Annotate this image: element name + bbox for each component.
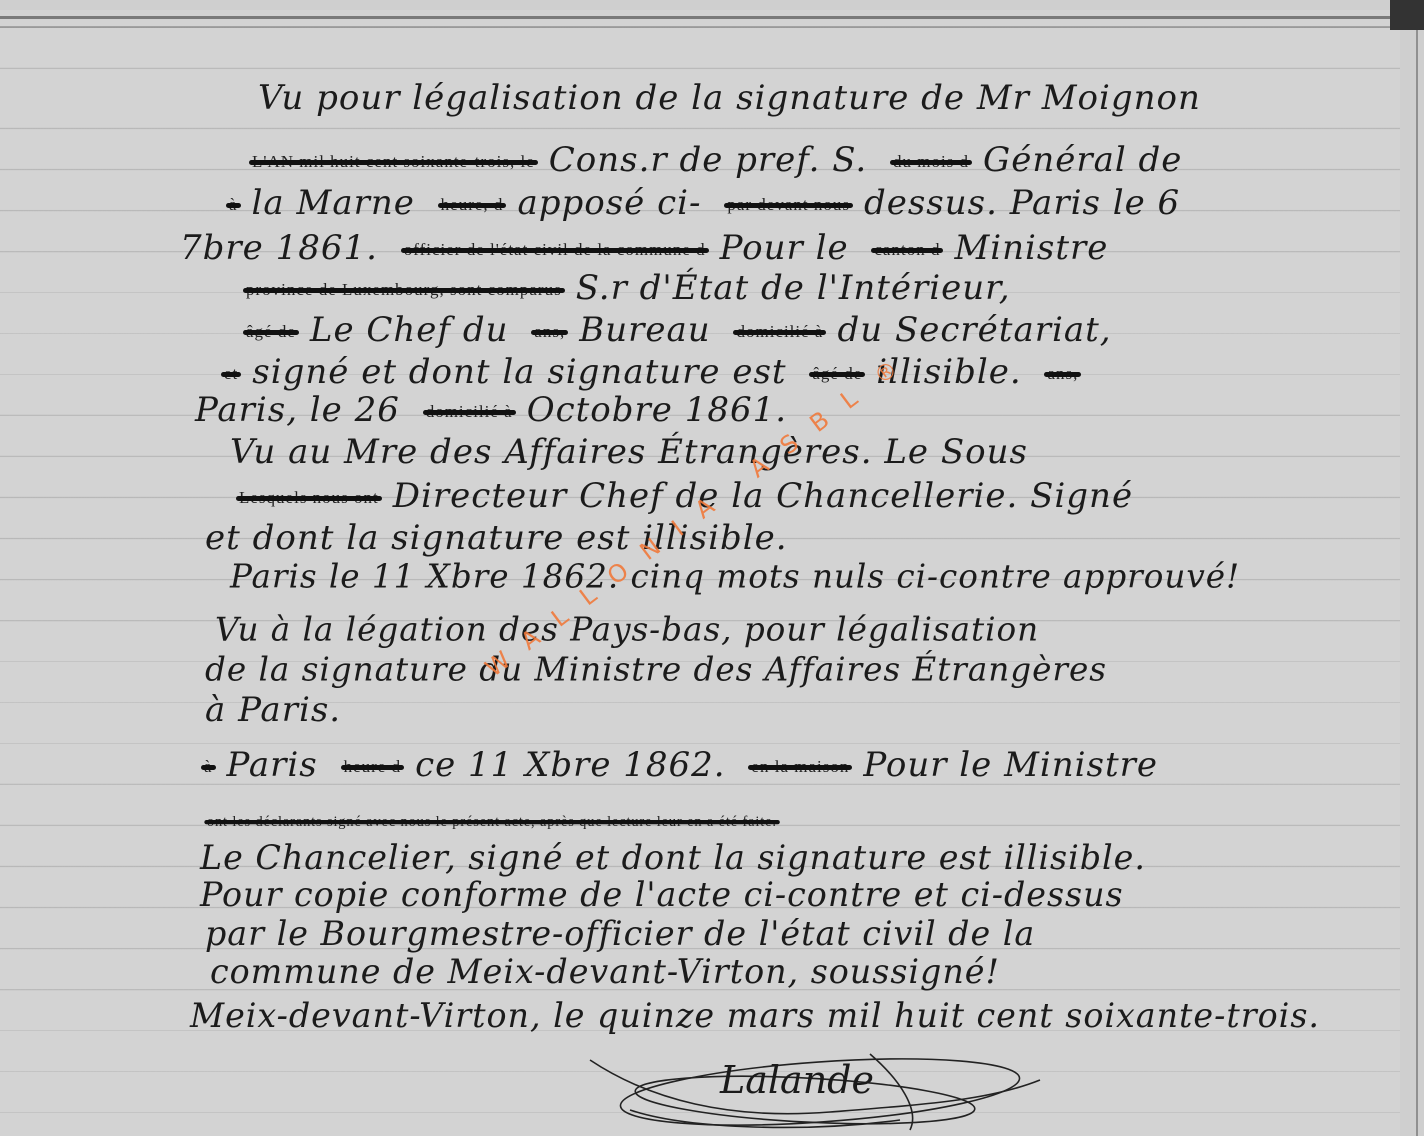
handwritten-text: Le Chef du <box>310 310 509 350</box>
document-line: commune de Meix-devant-Virton, soussigné… <box>210 952 1000 991</box>
handwritten-text: Cons.r de pref. S. <box>549 140 867 180</box>
handwritten-text: Pour copie conforme de l'acte ci-contre … <box>200 875 1124 914</box>
handwritten-text: Ministre <box>954 228 1108 268</box>
handwritten-text: Vu au Mre des Affaires Étrangères. Le So… <box>230 432 1028 472</box>
document-line: Meix-devant-Virton, le quinze mars mil h… <box>190 996 1320 1035</box>
handwritten-text: Vu pour légalisation de la signature de … <box>258 78 1201 118</box>
struck-printed-text: L'AN mil huit cent soixante-trois, le <box>252 152 535 172</box>
handwritten-text: Directeur Chef de la Chancellerie. Signé <box>393 476 1133 516</box>
document-line: Vu à la légation des Pays-bas, pour léga… <box>215 611 1039 649</box>
document-line: etsigné et dont la signature est âgé dei… <box>210 352 1092 392</box>
document-line: Vu pour légalisation de la signature de … <box>258 78 1201 118</box>
document-line: Pour copie conforme de l'acte ci-contre … <box>200 875 1124 914</box>
struck-printed-text: heure, d <box>441 195 504 215</box>
handwritten-text: Octobre 1861. <box>527 390 787 430</box>
handwritten-text: Pour le <box>720 228 849 268</box>
struck-printed-text: ont les déclarants signé avec nous le pr… <box>207 813 777 830</box>
handwritten-text: Paris <box>227 745 318 785</box>
document-line: àParis heure dce 11 Xbre 1862. en la mai… <box>190 745 1158 785</box>
handwritten-text: Pour le Ministre <box>863 745 1158 785</box>
document-line: province de Luxembourg, sont comparusS.r… <box>232 268 1011 308</box>
document-line: de la signature du Ministre des Affaires… <box>205 651 1107 689</box>
struck-printed-text: et <box>224 364 238 384</box>
document-line: L'AN mil huit cent soixante-trois, leCon… <box>238 140 1182 180</box>
struck-printed-text: à <box>204 757 213 777</box>
handwritten-text: par le Bourgmestre-officier de l'état ci… <box>205 914 1035 953</box>
signature: Lalande <box>570 1040 1060 1136</box>
handwritten-text: ce 11 Xbre 1862. <box>415 745 726 785</box>
page-top-edge <box>0 16 1390 19</box>
struck-printed-text: domicilié à <box>426 402 513 422</box>
handwritten-text: Général de <box>983 140 1182 180</box>
struck-printed-text: par devant nous <box>727 195 850 215</box>
document-line: âgé deLe Chef du ans,Bureau domicilié àd… <box>232 310 1112 350</box>
struck-printed-text: ans, <box>1047 364 1078 384</box>
document-line: Paris, le 26 domicilié àOctobre 1861. <box>195 390 787 430</box>
handwritten-text: signé et dont la signature est <box>252 352 786 392</box>
handwritten-text: Paris, le 26 <box>195 390 400 430</box>
document-line: Paris le 11 Xbre 1862. cinq mots nuls ci… <box>230 558 1240 596</box>
struck-printed-text: canton d <box>874 240 940 260</box>
struck-printed-text: ans, <box>534 322 565 342</box>
handwritten-text: dessus. Paris le 6 <box>864 183 1180 223</box>
document-line: par le Bourgmestre-officier de l'état ci… <box>205 914 1035 953</box>
document-line: à Paris. <box>205 690 341 730</box>
document-line: Le Chancelier, signé et dont la signatur… <box>200 838 1146 877</box>
signature-name: Lalande <box>720 1058 874 1102</box>
right-margin-rule <box>1416 30 1418 1136</box>
handwritten-text: de la signature du Ministre des Affaires… <box>205 651 1107 689</box>
handwritten-text: Vu à la légation des Pays-bas, pour léga… <box>215 611 1039 649</box>
handwritten-text: Meix-devant-Virton, le quinze mars mil h… <box>190 996 1320 1035</box>
page-top-edge-shadow <box>0 26 1390 28</box>
struck-printed-text: province de Luxembourg, sont comparus <box>246 280 562 300</box>
handwritten-text: Bureau <box>579 310 710 350</box>
page-corner-shadow <box>1390 0 1424 30</box>
handwritten-text: la Marne <box>252 183 415 223</box>
handwritten-text: commune de Meix-devant-Virton, soussigné… <box>210 952 1000 991</box>
struck-printed-text: officier de l'état civil de la commune d <box>404 240 706 260</box>
handwritten-text: du Secrétariat, <box>837 310 1111 350</box>
struck-printed-text: du mois d <box>893 152 969 172</box>
document-line: ont les déclarants signé avec nous le pr… <box>195 803 789 837</box>
handwritten-text: apposé ci- <box>517 183 701 223</box>
struck-printed-text: en la maison <box>751 757 849 777</box>
struck-printed-text: domicilié à <box>736 322 823 342</box>
document-line: Vu au Mre des Affaires Étrangères. Le So… <box>230 432 1028 472</box>
document-line: 7bre 1861. officier de l'état civil de l… <box>180 228 1108 268</box>
struck-printed-text: heure d <box>344 757 402 777</box>
handwritten-text: à Paris. <box>205 690 341 730</box>
struck-printed-text: âgé de <box>246 322 296 342</box>
struck-printed-text: Lesquels nous ont <box>239 488 379 508</box>
handwritten-text: S.r d'État de l'Intérieur, <box>576 268 1011 308</box>
handwritten-text: Le Chancelier, signé et dont la signatur… <box>200 838 1146 877</box>
struck-printed-text: à <box>229 195 238 215</box>
handwritten-text: Paris le 11 Xbre 1862. cinq mots nuls ci… <box>230 558 1240 596</box>
document-line: àla Marne heure, dapposé ci- par devant … <box>215 183 1180 223</box>
handwritten-text: 7bre 1861. <box>180 228 378 268</box>
